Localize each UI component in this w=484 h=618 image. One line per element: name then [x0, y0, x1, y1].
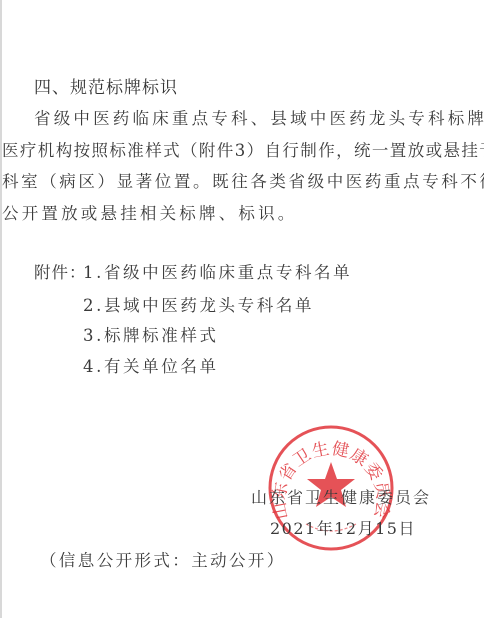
attachment-item-3: 3.标牌标准样式 — [83, 326, 219, 346]
paragraph-line-2: 医疗机构按照标准样式（附件3）自行制作，统一置放或悬挂于 — [2, 141, 484, 161]
paragraph-line-3: 科室（病区）显著位置。既往各类省级中医药重点专科不得再 — [2, 172, 484, 192]
disclosure-note: （信息公开形式：主动公开） — [40, 551, 286, 571]
attachment-item-1: 1.省级中医药临床重点专科名单 — [83, 263, 352, 283]
paragraph-line-1: 省级中医药临床重点专科、县域中医药龙头专科标牌由各 — [34, 109, 484, 129]
paragraph-line-4: 公开置放或悬挂相关标牌、标识。 — [2, 204, 298, 224]
page-edge — [0, 0, 2, 618]
signature-date: 2021年12月15日 — [270, 516, 416, 539]
signature-organization: 山东省卫生健康委员会 — [251, 485, 431, 508]
attachment-item-4: 4.有关单位名单 — [83, 357, 219, 377]
attachments-label: 附件： — [34, 263, 87, 283]
section-heading: 四、规范标牌标识 — [34, 78, 178, 98]
attachment-item-2: 2.县域中医药龙头专科名单 — [83, 296, 314, 316]
